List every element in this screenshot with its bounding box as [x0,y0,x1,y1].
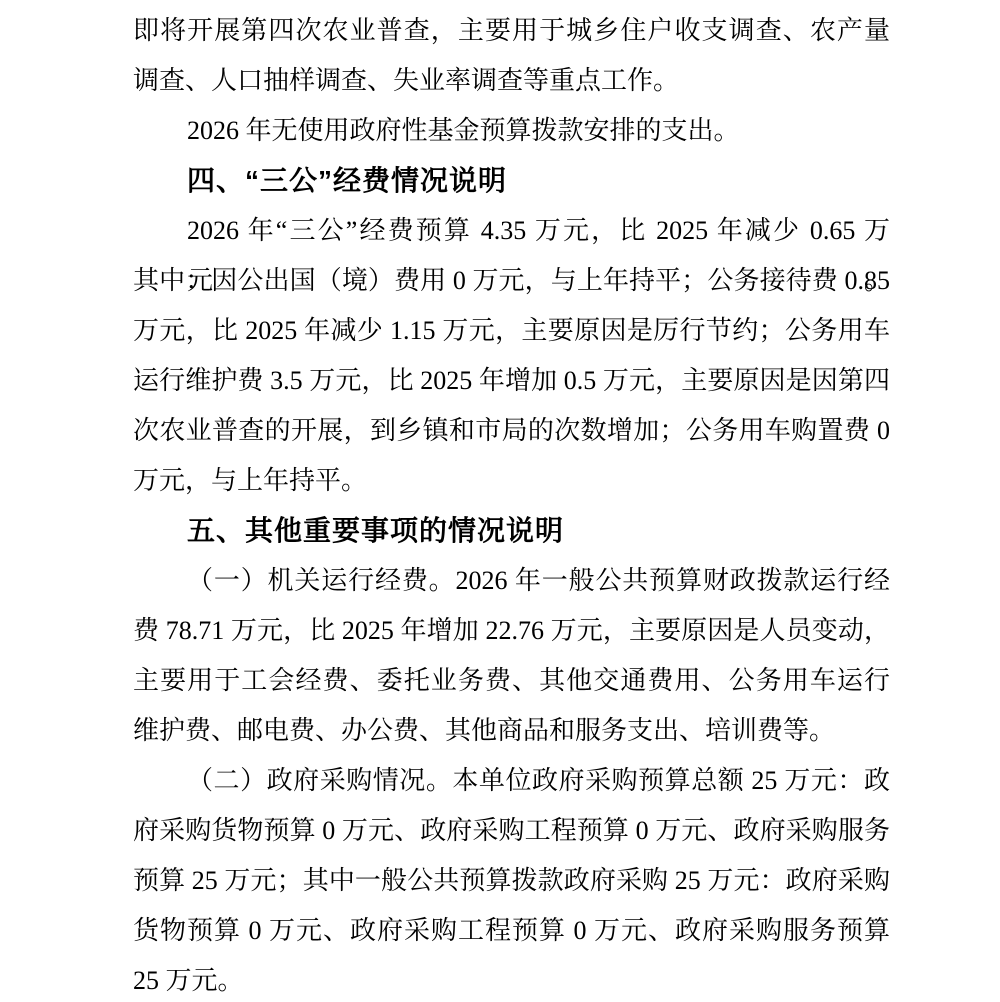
paragraph-line: 2026 年“三公”经费预算 4.35 万元，比 2025 年减少 0.65 万… [133,206,890,256]
paragraph-line: 主要用于工会经费、委托业务费、其他交通费用、公务用车运行 [133,656,890,706]
document-page: 即将开展第四次农业普查，主要用于城乡住户收支调查、农产量调查、人口抽样调查、失业… [0,0,1000,1002]
section-heading: 四、“三公”经费情况说明 [133,156,890,206]
paragraph-line: 维护费、邮电费、办公费、其他商品和服务支出、培训费等。 [133,706,890,756]
paragraph-line: 2026 年无使用政府性基金预算拨款安排的支出。 [133,106,890,156]
paragraph-line: 即将开展第四次农业普查，主要用于城乡住户收支调查、农产量 [133,6,890,56]
paragraph-line: 万元，与上年持平。 [133,456,890,506]
paragraph-line: 运行维护费 3.5 万元，比 2025 年增加 0.5 万元，主要原因是因第四 [133,356,890,406]
paragraph-line: 万元，比 2025 年减少 1.15 万元，主要原因是厉行节约；公务用车 [133,306,890,356]
paragraph-line: 费 78.71 万元，比 2025 年增加 22.76 万元，主要原因是人员变动… [133,606,890,656]
section-heading: 五、其他重要事项的情况说明 [133,506,890,556]
paragraph-line: 次农业普查的开展，到乡镇和市局的次数增加；公务用车购置费 0 [133,406,890,456]
document-content: 即将开展第四次农业普查，主要用于城乡住户收支调查、农产量调查、人口抽样调查、失业… [133,6,890,1002]
paragraph-line: （二）政府采购情况。本单位政府采购预算总额 25 万元：政 [133,756,890,806]
paragraph-line: 货物预算 0 万元、政府采购工程预算 0 万元、政府采购服务预算 [133,906,890,956]
paragraph-line: 府采购货物预算 0 万元、政府采购工程预算 0 万元、政府采购服务 [133,806,890,856]
paragraph-line: 25 万元。 [133,956,890,1002]
paragraph-line: 其中：因公出国（境）费用 0 万元，与上年持平；公务接待费 0.85 [133,256,890,306]
paragraph-line: 预算 25 万元；其中一般公共预算拨款政府采购 25 万元：政府采购 [133,856,890,906]
paragraph-line: 调查、人口抽样调查、失业率调查等重点工作。 [133,56,890,106]
paragraph-line: （一）机关运行经费。2026 年一般公共预算财政拨款运行经 [133,556,890,606]
